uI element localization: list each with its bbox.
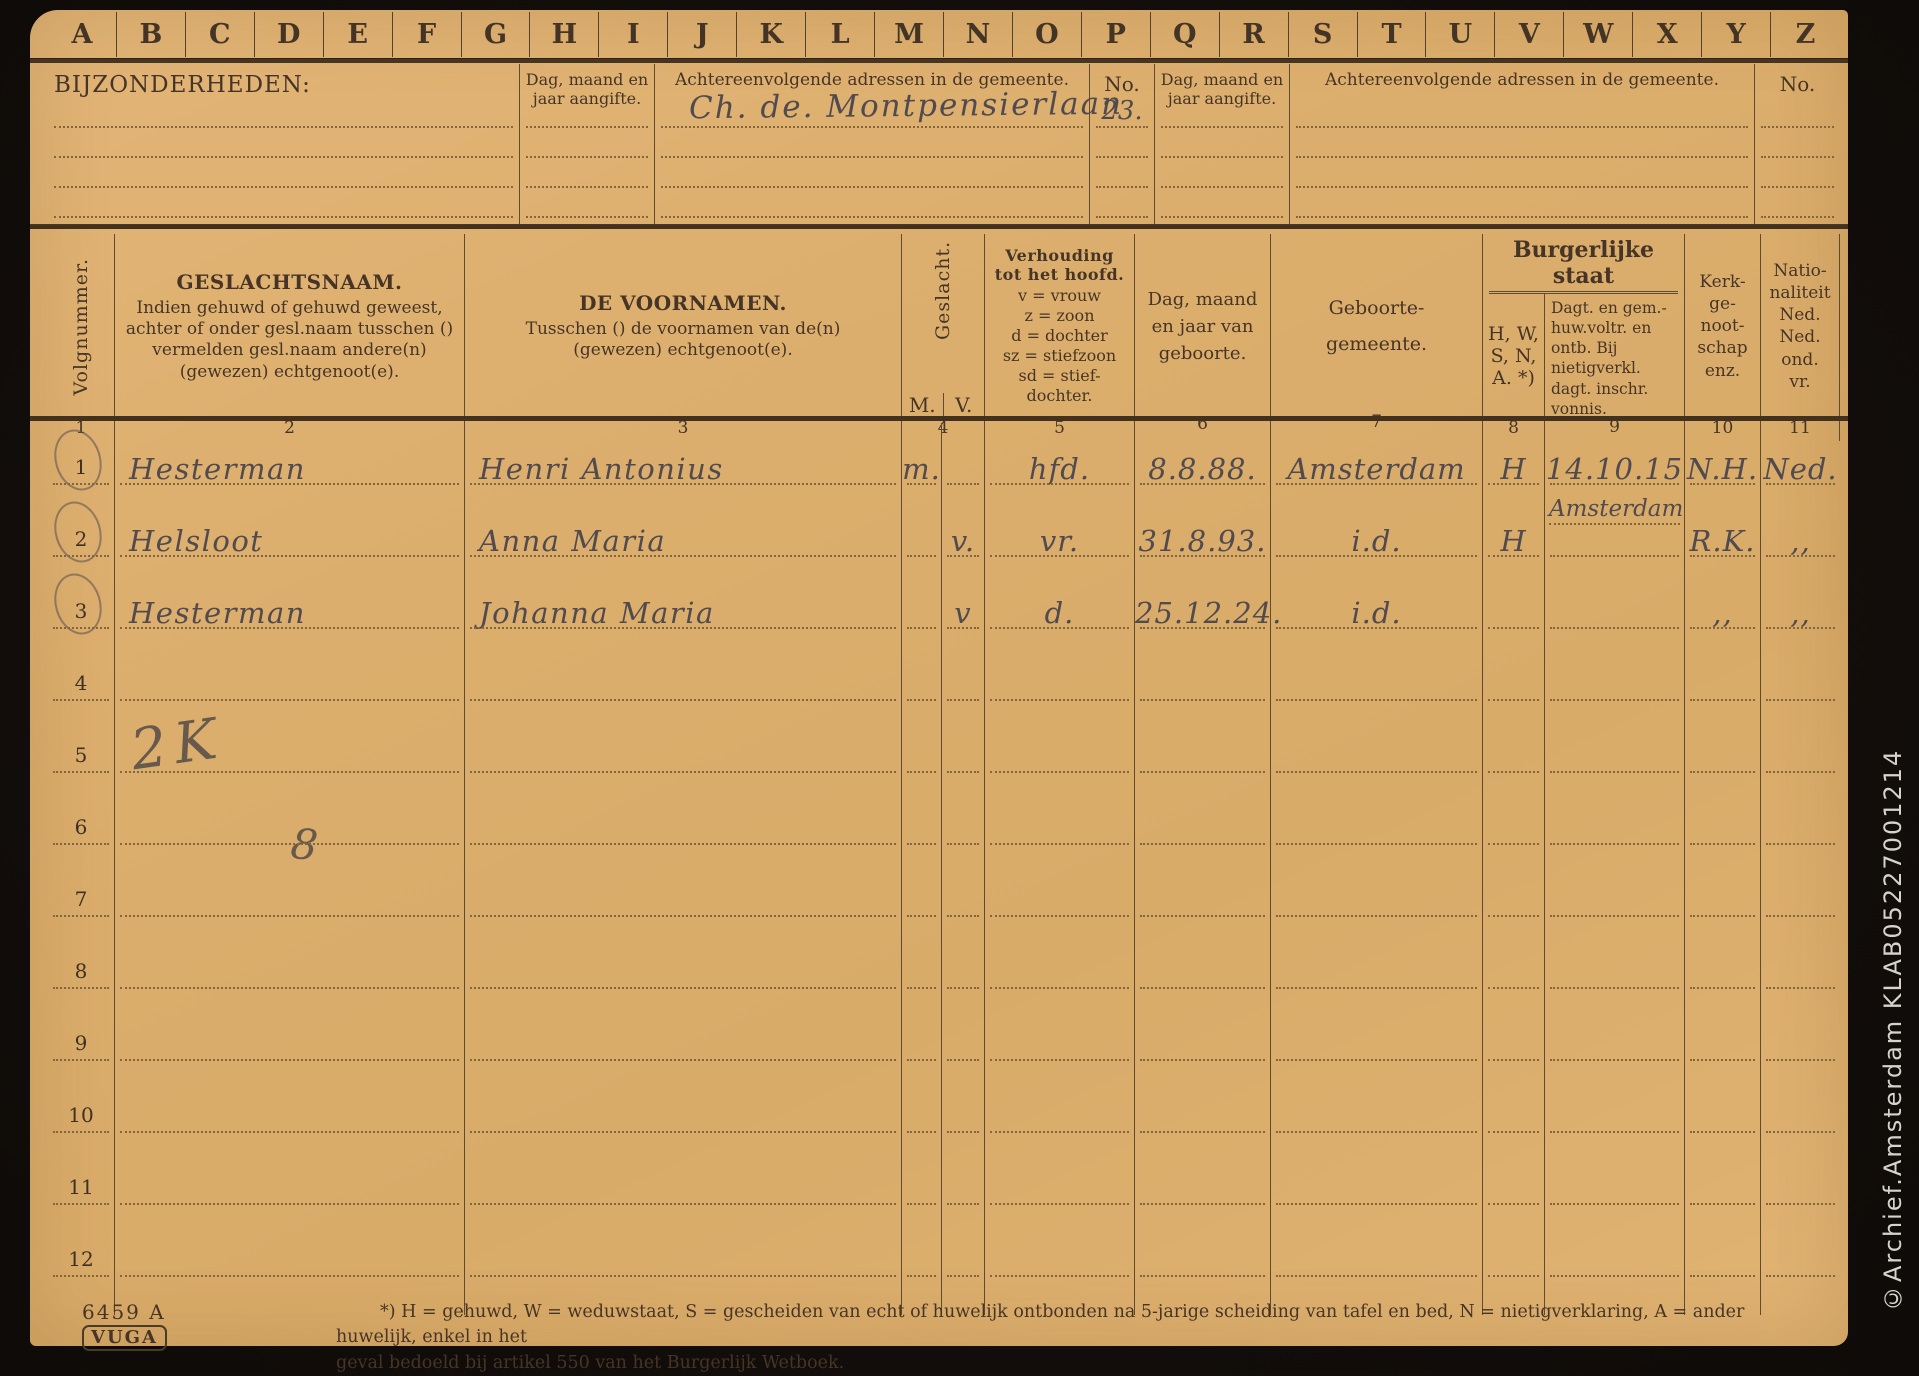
cell-geboortegemeente — [1271, 639, 1483, 711]
geslacht-mv: M. V. — [902, 369, 984, 419]
cell-geboortedatum: 8.8.88. — [1135, 423, 1271, 495]
nationaliteit-header-line: naliteit — [1769, 282, 1830, 304]
addresses-column: Achtereenvolgende adressen in de gemeent… — [655, 64, 1090, 224]
alphabet-letter: E — [324, 12, 393, 57]
cell-burgerlijke-staat — [1483, 783, 1545, 855]
cell-huwelijk — [1545, 567, 1685, 639]
cell-verhouding — [985, 639, 1135, 711]
table-row: ✓ 3 /**/ Hesterman Johanna Maria — [48, 567, 1840, 639]
cell-voornamen — [465, 855, 902, 927]
cell-burgerlijke-staat — [1483, 927, 1545, 999]
cell-nationaliteit — [1761, 999, 1840, 1071]
cell-burgerlijke-staat — [1483, 1143, 1545, 1215]
address-header-2: Achtereenvolgende adressen in de gemeent… — [1290, 70, 1754, 90]
cell-geslacht-v — [942, 711, 985, 783]
table-row: ✓ 11 /**/ — [48, 1143, 1840, 1215]
header-verhouding: Verhouding tot het hoofd. v = vrouwz = z… — [985, 234, 1135, 441]
cell-huwelijk — [1545, 639, 1685, 711]
cell-huwelijk — [1545, 1143, 1685, 1215]
cell-geslacht-m — [902, 711, 942, 783]
table-body: ✓ 1 /**/ Hesterman Henri Antonius — [48, 423, 1840, 1315]
relation-legend-line: d = dochter — [1003, 326, 1116, 346]
cell-geslacht-m — [902, 1071, 942, 1143]
cell-geboortedatum: 25.12.24. — [1135, 567, 1271, 639]
cell-geslachtsnaam: 2K — [115, 711, 465, 783]
date-header-2: Dag, maand en jaar aangifte. — [1155, 70, 1289, 108]
nationaliteit-header-line: vr. — [1769, 371, 1830, 393]
cell-geboortegemeente: Amsterdam — [1271, 423, 1483, 495]
cell-volgnummer: ✓ 7 /**/ — [48, 855, 115, 927]
table-row: ✓ 5 /**/ 2K — [48, 711, 1840, 783]
cell-geboortedatum — [1135, 927, 1271, 999]
relation-legend-line: dochter. — [1003, 386, 1116, 406]
cell-verhouding: hfd. — [985, 423, 1135, 495]
header-geboortegemeente: Geboorte-gemeente. 7 — [1271, 234, 1483, 441]
alphabet-letter: F — [393, 12, 462, 57]
vuga-logo: VUGA — [82, 1325, 167, 1351]
house-number-column: No. 23. — [1090, 64, 1155, 224]
cell-burgerlijke-staat — [1483, 855, 1545, 927]
cell-geboortedatum: 31.8.93. — [1135, 495, 1271, 567]
cell-nationaliteit: ,, — [1761, 567, 1840, 639]
cell-voornamen — [465, 711, 902, 783]
alphabet-letter: W — [1564, 12, 1633, 57]
cell-geslacht-m — [902, 783, 942, 855]
cell-geslachtsnaam: Helsloot — [115, 495, 465, 567]
cell-geslacht-v — [942, 1071, 985, 1143]
kerk-header-line: schap — [1697, 337, 1747, 359]
alphabet-letter: Y — [1702, 12, 1771, 57]
cell-burgerlijke-staat — [1483, 1215, 1545, 1287]
cell-geboortedatum — [1135, 783, 1271, 855]
cell-volgnummer: ✓ 3 /**/ — [48, 567, 115, 639]
cell-volgnummer: ✓ 8 /**/ — [48, 927, 115, 999]
huwelijk-plaats: Amsterdam — [1549, 496, 1680, 525]
table-row: ✓ 9 /**/ — [48, 999, 1840, 1071]
cell-geboortegemeente — [1271, 1071, 1483, 1143]
cell-nationaliteit — [1761, 927, 1840, 999]
cell-burgerlijke-staat — [1483, 1071, 1545, 1143]
cell-kerkgenootschap — [1685, 711, 1761, 783]
bijzonderheden-column: BIJZONDERHEDEN: — [48, 64, 520, 224]
cell-voornamen — [465, 1143, 902, 1215]
cell-voornamen: Anna Maria — [465, 495, 902, 567]
cell-geboortegemeente — [1271, 927, 1483, 999]
alphabet-letter: M — [875, 12, 944, 57]
header-burgerlijke-staat-group: Burgerlijke staat H, W,S, N,A. *) 8 Dagt… — [1483, 234, 1685, 441]
cell-geslacht-v: v. — [942, 495, 985, 567]
relation-legend-line: v = vrouw — [1003, 286, 1116, 306]
cell-geslacht-m — [902, 567, 942, 639]
cell-geslacht-m — [902, 999, 942, 1071]
cell-burgerlijke-staat: H — [1483, 495, 1545, 567]
alphabet-letter: P — [1082, 12, 1151, 57]
form-number: 6459 A — [82, 1300, 248, 1324]
alphabet-letter: Q — [1151, 12, 1220, 57]
cell-verhouding — [985, 1215, 1135, 1287]
cell-geslachtsnaam: Hesterman — [115, 567, 465, 639]
cell-nationaliteit — [1761, 711, 1840, 783]
relation-legend-line: sz = stiefzoon — [1003, 346, 1116, 366]
cell-kerkgenootschap — [1685, 999, 1761, 1071]
kerk-header-line: ge- — [1697, 293, 1747, 315]
footnote-line-2: geval bedoeld bij artikel 550 van het Bu… — [336, 1351, 1810, 1370]
card-footer: 6459 A VUGA *) H = gehuwd, W = weduwstaa… — [48, 1300, 1840, 1370]
cell-kerkgenootschap — [1685, 855, 1761, 927]
cell-voornamen — [465, 999, 902, 1071]
table-row: ✓ 7 /**/ — [48, 855, 1840, 927]
cell-volgnummer: ✓ 4 /**/ — [48, 639, 115, 711]
cell-voornamen — [465, 783, 902, 855]
header-geslacht: Geslacht. M. V. 4 — [902, 234, 985, 441]
cell-geslacht-v — [942, 999, 985, 1071]
cell-voornamen — [465, 927, 902, 999]
archive-watermark: ©Archief.Amsterdam KLAB05227001214 — [1879, 382, 1907, 1312]
cell-verhouding: vr. — [985, 495, 1135, 567]
bijzonderheden-section: BIJZONDERHEDEN: Dag, maand en jaar aangi… — [48, 64, 1840, 224]
cell-geboortedatum — [1135, 999, 1271, 1071]
header-geboortedatum: Dag, maand en jaar van geboorte. 6 — [1135, 234, 1271, 441]
cell-nationaliteit — [1761, 1143, 1840, 1215]
cell-geslacht-v — [942, 783, 985, 855]
table-row: ✓ 6 /**/ 8 — [48, 783, 1840, 855]
cell-geboortegemeente: i.d. — [1271, 567, 1483, 639]
cell-burgerlijke-staat: H — [1483, 423, 1545, 495]
cell-huwelijk — [1545, 855, 1685, 927]
cell-volgnummer: ✓ 9 /**/ — [48, 999, 115, 1071]
cell-geslachtsnaam — [115, 927, 465, 999]
cell-nationaliteit — [1761, 639, 1840, 711]
cell-geboortegemeente — [1271, 1143, 1483, 1215]
cell-geslachtsnaam — [115, 855, 465, 927]
alphabet-letter: A — [48, 12, 117, 57]
relation-legend-line: sd = stief- — [1003, 366, 1116, 386]
cell-voornamen: Johanna Maria — [465, 567, 902, 639]
cell-verhouding — [985, 927, 1135, 999]
nationaliteit-header-line: ond. — [1769, 349, 1830, 371]
table-row: ✓ 1 /**/ Hesterman Henri Antonius — [48, 423, 1840, 495]
alphabet-letter: C — [186, 12, 255, 57]
bijzonderheden-title: BIJZONDERHEDEN: — [54, 72, 311, 98]
table-header: Volgnummer. 1 GESLACHTSNAAM. Indien gehu… — [48, 234, 1840, 416]
cell-kerkgenootschap — [1685, 1143, 1761, 1215]
cell-geslacht-m — [902, 1215, 942, 1287]
cell-nationaliteit — [1761, 783, 1840, 855]
alphabet-letter: B — [117, 12, 186, 57]
cell-geslacht-m — [902, 927, 942, 999]
cell-geslachtsnaam: Hesterman — [115, 423, 465, 495]
cell-kerkgenootschap: ,, — [1685, 567, 1761, 639]
nationaliteit-header-line: Ned. — [1769, 304, 1830, 326]
cell-kerkgenootschap — [1685, 639, 1761, 711]
alphabet-letter: S — [1289, 12, 1358, 57]
cell-voornamen — [465, 1071, 902, 1143]
cell-geboortedatum — [1135, 1143, 1271, 1215]
cell-verhouding — [985, 1143, 1135, 1215]
cell-geboortedatum — [1135, 1215, 1271, 1287]
cell-volgnummer: ✓ 2 /**/ — [48, 495, 115, 567]
divider-thick — [30, 58, 1848, 63]
cell-kerkgenootschap — [1685, 927, 1761, 999]
cell-geslacht-m — [902, 639, 942, 711]
cell-geboortedatum — [1135, 711, 1271, 783]
cell-kerkgenootschap — [1685, 783, 1761, 855]
cell-geboortedatum — [1135, 855, 1271, 927]
staat-code-line: H, W, — [1483, 323, 1544, 345]
cell-verhouding — [985, 1071, 1135, 1143]
header-nationaliteit: Natio-naliteitNed.Ned.ond.vr. 11 — [1761, 234, 1840, 441]
cell-huwelijk — [1545, 1215, 1685, 1287]
header-volgnummer: Volgnummer. 1 — [48, 234, 115, 441]
cell-geslachtsnaam: 8 — [115, 783, 465, 855]
header-geslachtsnaam: GESLACHTSNAAM. Indien gehuwd of gehuwd g… — [115, 234, 465, 441]
cell-geslachtsnaam — [115, 1143, 465, 1215]
kerk-header-line: noot- — [1697, 315, 1747, 337]
cell-geslachtsnaam — [115, 639, 465, 711]
cell-geslacht-v — [942, 423, 985, 495]
alphabet-index-row: ABCDEFGHIJKLMNOPQRSTUVWXYZ — [48, 12, 1840, 57]
cell-geslacht-v: v — [942, 567, 985, 639]
cell-huwelijk — [1545, 999, 1685, 1071]
footnote: *) H = gehuwd, W = weduwstaat, S = gesch… — [248, 1300, 1840, 1370]
no-header-2: No. — [1755, 72, 1840, 96]
table-row: ✓ 4 /**/ — [48, 639, 1840, 711]
cell-verhouding — [985, 999, 1135, 1071]
cell-voornamen — [465, 1215, 902, 1287]
cell-kerkgenootschap: N.H. — [1685, 423, 1761, 495]
handwritten-house-number: 23. — [1090, 96, 1154, 126]
cell-burgerlijke-staat — [1483, 639, 1545, 711]
date-of-registration-column: Dag, maand en jaar aangifte. — [520, 64, 655, 224]
cell-verhouding — [985, 783, 1135, 855]
cell-burgerlijke-staat — [1483, 999, 1545, 1071]
staat-code-line: A. *) — [1483, 367, 1544, 389]
cell-geboortedatum — [1135, 639, 1271, 711]
alphabet-letter: K — [737, 12, 806, 57]
nationaliteit-header-line: Natio- — [1769, 260, 1830, 282]
alphabet-letter: U — [1426, 12, 1495, 57]
alphabet-letter: D — [255, 12, 324, 57]
staat-code-line: S, N, — [1483, 345, 1544, 367]
cell-voornamen — [465, 639, 902, 711]
cell-geboortegemeente — [1271, 1215, 1483, 1287]
alphabet-letter: J — [668, 12, 737, 57]
alphabet-letter: N — [944, 12, 1013, 57]
cell-geboortegemeente — [1271, 999, 1483, 1071]
kerk-header-line: Kerk- — [1697, 271, 1747, 293]
no-header: No. — [1090, 72, 1154, 96]
cell-nationaliteit: ,, — [1761, 495, 1840, 567]
alphabet-letter: O — [1013, 12, 1082, 57]
cell-geslacht-v — [942, 927, 985, 999]
relation-legend-line: z = zoon — [1003, 306, 1116, 326]
cell-volgnummer: ✓ 10 /**/ — [48, 1071, 115, 1143]
cell-voornamen: Henri Antonius — [465, 423, 902, 495]
cell-geslacht-v — [942, 855, 985, 927]
cell-geboortegemeente — [1271, 855, 1483, 927]
cell-geslachtsnaam — [115, 1215, 465, 1287]
cell-huwelijk — [1545, 711, 1685, 783]
cell-geslacht-v — [942, 639, 985, 711]
house-number-column-2: No. — [1755, 64, 1840, 224]
cell-geslacht-m — [902, 855, 942, 927]
cell-nationaliteit: Ned. — [1761, 423, 1840, 495]
cell-kerkgenootschap — [1685, 1071, 1761, 1143]
cell-volgnummer: ✓ 6 /**/ — [48, 783, 115, 855]
cell-volgnummer: ✓ 5 /**/ — [48, 711, 115, 783]
table-row: ✓ 12 /**/ — [48, 1215, 1840, 1287]
table-row: ✓ 8 /**/ — [48, 927, 1840, 999]
cell-kerkgenootschap: R.K. — [1685, 495, 1761, 567]
cell-geslacht-v — [942, 1215, 985, 1287]
date-header: Dag, maand en jaar aangifte. — [520, 70, 654, 108]
cell-nationaliteit — [1761, 1071, 1840, 1143]
cell-geslacht-m — [902, 1143, 942, 1215]
cell-volgnummer: ✓ 12 /**/ — [48, 1215, 115, 1287]
alphabet-letter: X — [1633, 12, 1702, 57]
cell-geboortegemeente — [1271, 783, 1483, 855]
cell-geboortegemeente: i.d. — [1271, 495, 1483, 567]
date-of-registration-column-2: Dag, maand en jaar aangifte. — [1155, 64, 1290, 224]
cell-verhouding — [985, 711, 1135, 783]
alphabet-letter: G — [462, 12, 531, 57]
alphabet-letter: R — [1220, 12, 1289, 57]
cell-geslachtsnaam — [115, 999, 465, 1071]
alphabet-letter: V — [1495, 12, 1564, 57]
cell-nationaliteit — [1761, 855, 1840, 927]
cell-geslacht-m — [902, 495, 942, 567]
alphabet-letter: H — [530, 12, 599, 57]
family-register-card: ABCDEFGHIJKLMNOPQRSTUVWXYZ BIJZONDERHEDE… — [30, 10, 1848, 1346]
cell-nationaliteit — [1761, 1215, 1840, 1287]
cell-burgerlijke-staat — [1483, 567, 1545, 639]
cell-huwelijk — [1545, 927, 1685, 999]
cell-geboortegemeente — [1271, 711, 1483, 783]
cell-burgerlijke-staat — [1483, 711, 1545, 783]
header-voornamen: DE VOORNAMEN. Tusschen () de voornamen v… — [465, 234, 902, 441]
kerk-header-line: enz. — [1697, 360, 1747, 382]
cell-geslacht-v — [942, 1143, 985, 1215]
table-row: ✓ 10 /**/ — [48, 1071, 1840, 1143]
header-kerkgenootschap: Kerk-ge-noot-schapenz. 10 — [1685, 234, 1761, 441]
cell-huwelijk — [1545, 783, 1685, 855]
cell-verhouding: d. — [985, 567, 1135, 639]
footnote-line-1: *) H = gehuwd, W = weduwstaat, S = gesch… — [336, 1300, 1810, 1351]
cell-verhouding — [985, 855, 1135, 927]
cell-huwelijk: 14.10.15 Amsterdam — [1545, 423, 1685, 495]
alphabet-letter: L — [806, 12, 875, 57]
cell-kerkgenootschap — [1685, 1215, 1761, 1287]
divider-double — [30, 224, 1848, 229]
addresses-column-2: Achtereenvolgende adressen in de gemeent… — [1290, 64, 1755, 224]
alphabet-letter: I — [599, 12, 668, 57]
cell-geslachtsnaam — [115, 1071, 465, 1143]
cell-geboortedatum — [1135, 1071, 1271, 1143]
cell-volgnummer: ✓ 11 /**/ — [48, 1143, 115, 1215]
cell-volgnummer: ✓ 1 /**/ — [48, 423, 115, 495]
handwritten-address: Ch. de. Montpensierlaan — [689, 86, 1123, 127]
alphabet-letter: Z — [1771, 12, 1840, 57]
divider-thick-2 — [30, 416, 1848, 421]
cell-huwelijk — [1545, 1071, 1685, 1143]
alphabet-letter: T — [1358, 12, 1427, 57]
nationaliteit-header-line: Ned. — [1769, 326, 1830, 348]
cell-geslacht-m: m. — [902, 423, 942, 495]
